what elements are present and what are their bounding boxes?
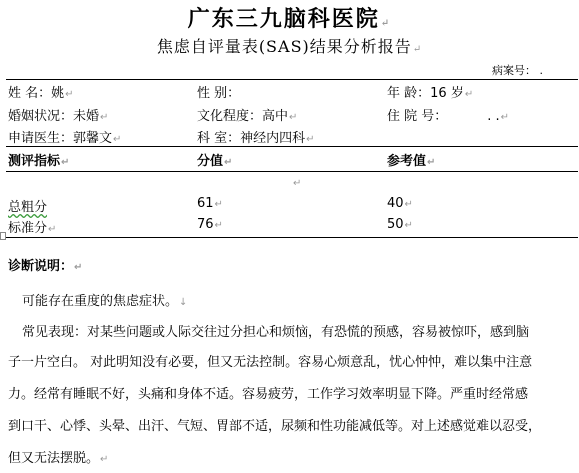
field-age: 年 龄：16 岁↵ bbox=[387, 82, 473, 101]
row-reference-standard: 50↵ bbox=[387, 217, 413, 232]
row-score-standard: 76↵ bbox=[197, 217, 223, 232]
row-metric-standard: 标准分↵ bbox=[8, 217, 56, 236]
table-anchor-handle[interactable] bbox=[0, 232, 6, 240]
diagnosis-line-2: 子一片空白。 对此明知没有必要，但又无法控制。容易心烦意乱，忧心忡忡，难以集中注… bbox=[8, 351, 532, 370]
diagnosis-heading: 诊断说明：↵ bbox=[8, 255, 82, 274]
divider-table-bottom bbox=[6, 237, 578, 238]
field-inpatient-no: 住 院 号：. .↵ bbox=[387, 105, 509, 124]
divider-table-top bbox=[6, 146, 578, 147]
row-score-raw: 61↵ bbox=[197, 196, 223, 211]
field-marital: 婚姻状况：未婚↵ bbox=[8, 105, 108, 124]
row-metric-raw: 总粗分 bbox=[8, 196, 47, 215]
hospital-name: 广东三九脑科医院↵ bbox=[0, 2, 579, 33]
field-name: 姓 名：姚↵ bbox=[8, 82, 74, 101]
field-department: 科 室：神经内四科↵ bbox=[197, 127, 315, 146]
diagnosis-line-5: 但又无法摆脱。↵ bbox=[8, 447, 108, 466]
col-header-score: 分值↵ bbox=[197, 150, 232, 169]
field-doctor: 申请医生：郭馨文↵ bbox=[8, 127, 121, 146]
report-title: 焦虑自评量表(SAS)结果分析报告↵ bbox=[0, 34, 579, 57]
divider-table-header bbox=[6, 171, 578, 172]
field-education: 文化程度：高中↵ bbox=[197, 105, 297, 124]
col-header-metric: 测评指标↵ bbox=[8, 150, 69, 169]
col-header-reference: 参考值↵ bbox=[387, 150, 435, 169]
field-gender: 性 别： bbox=[197, 82, 240, 101]
diagnosis-summary: 可能存在重度的焦虑症状。↓ bbox=[22, 290, 187, 309]
case-number: 病案号： . bbox=[492, 62, 543, 78]
row-reference-raw: 40↵ bbox=[387, 196, 413, 211]
divider-top bbox=[6, 79, 578, 80]
paragraph-mark: ↵ bbox=[293, 178, 301, 189]
diagnosis-line-3: 力。经常有睡眠不好，头痛和身体不适。容易疲劳，工作学习效率明显下降。严重时经常感 bbox=[8, 383, 528, 402]
diagnosis-line-4: 到口干、心悸、头晕、出汗、气短、胃部不适，尿频和性功能减低等。对上述感觉难以忍受… bbox=[8, 415, 541, 434]
diagnosis-line-1: 常见表现：对某些问题或人际交往过分担心和烦恼，有恐慌的预感，容易被惊吓，感到脑 bbox=[22, 321, 529, 340]
